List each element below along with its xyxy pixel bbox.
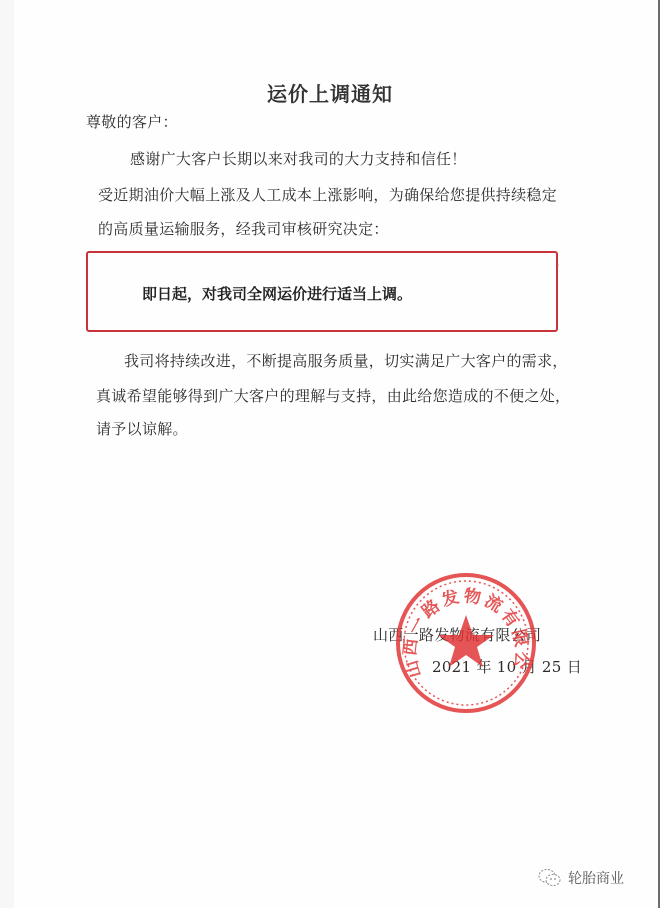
star-icon [438,615,494,667]
highlight-box: 即日起，对我司全网运价进行适当上调。 [86,251,558,332]
closing-paragraph-line-1: 我司将持续改进，不断提高服务质量，切实满足广大客户的需求， [124,350,568,371]
watermark: 轮胎商业 [538,868,624,888]
page-edge-shade [0,0,14,908]
company-seal-stamp: 山西一路发物流有限公司 [394,571,538,715]
closing-paragraph-line-3: 请予以谅解。 [96,418,188,439]
stray-mark: ' [557,263,559,272]
wechat-icon [538,868,562,888]
watermark-label: 轮胎商业 [568,868,624,888]
salutation: 尊敬的客户： [86,111,178,132]
highlight-text: 即日起，对我司全网运价进行适当上调。 [142,283,412,304]
closing-paragraph-line-2: 真诚希望能够得到广大客户的理解与支持，由此给您造成的不便之处， [96,385,570,406]
thanks-paragraph: 感谢广大客户长期以来对我司的大力支持和信任！ [130,148,467,169]
document-title: 运价上调通知 [0,78,660,107]
reason-paragraph-line-2: 的高质量运输服务，经我司审核研究决定： [98,218,389,239]
document-page: 运价上调通知 尊敬的客户： 感谢广大客户长期以来对我司的大力支持和信任！ 受近期… [0,0,660,908]
reason-paragraph-line-1: 受近期油价大幅上涨及人工成本上涨影响，为确保给您提供持续稳定 [98,184,557,205]
